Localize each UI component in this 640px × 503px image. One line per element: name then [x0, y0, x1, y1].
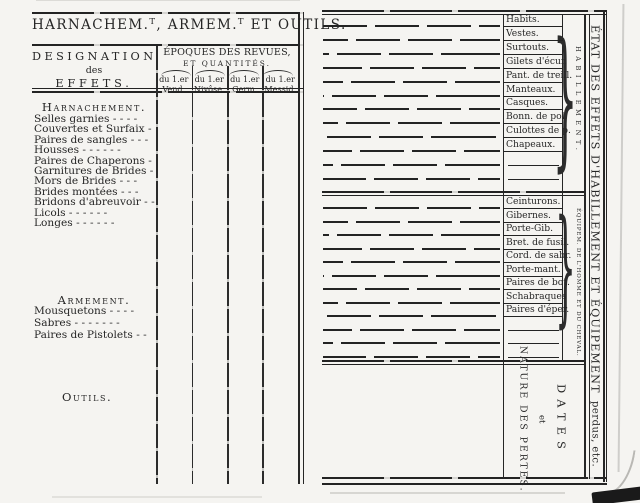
- item-label: Porte-mant.: [503, 264, 563, 277]
- designation-line3: EFFETS.: [32, 77, 156, 90]
- item-label: Bret. de fusil.: [503, 237, 563, 250]
- writing-line: [323, 356, 500, 358]
- et-label: et: [537, 415, 547, 423]
- left-page-title: HARNACHEM.T, ARMEM.T ET OUTILS.: [32, 17, 300, 33]
- right-page: } } HABILLEMENT. ÉQUIPEM. DE L'HOMME ET …: [322, 10, 607, 498]
- column-line2: Messid.: [263, 85, 299, 95]
- dates-pertes-box: DATES et NATURE DES PERTES.: [505, 366, 581, 472]
- right-bottom-rule-inner: [322, 483, 607, 485]
- bottom-smudge-right: [330, 492, 565, 494]
- top-smudge: [36, 0, 300, 1]
- side-title: ÉTAT DES EFFETS D'HABILLEMENT ET ÉQUIPEM…: [588, 18, 602, 474]
- item-label: Surtouts.: [503, 42, 563, 55]
- item-label: Chapeaux.: [503, 139, 563, 152]
- epoques-header: ÉPOQUES DES REVUES, ET QUANTITÉS. du 1.e…: [156, 47, 298, 94]
- effect-item: Mousquetons - - - -: [34, 305, 155, 317]
- left-designation-divider: [156, 46, 158, 484]
- writing-line: [323, 288, 500, 290]
- designation-line1: DESIGNATION: [32, 50, 156, 63]
- writing-line: [323, 39, 500, 41]
- writing-line: [323, 164, 500, 166]
- item-label: Casques.: [503, 97, 563, 110]
- item-label: Vestes.: [503, 28, 563, 41]
- blank-label-cell: [508, 345, 559, 358]
- equipement-caption: ÉQUIPEM. DE L'HOMME ET DU CHEVAL.: [572, 202, 584, 362]
- section-header: Outils.: [34, 390, 182, 404]
- writing-line: [323, 95, 500, 97]
- blank-label-cell: [508, 153, 559, 166]
- review-column-vendemiaire: du 1.er Vend.: [156, 75, 192, 94]
- writing-line: [323, 342, 500, 344]
- writing-line: [323, 67, 500, 69]
- item-label: Culottes de p.: [503, 125, 563, 138]
- writing-line: [323, 136, 500, 138]
- item-label: Cord. de sabr.: [503, 250, 563, 263]
- nature-des-pertes-label: NATURE DES PERTES.: [518, 346, 529, 493]
- column-line2: Germ.: [227, 85, 263, 95]
- dates-label: DATES: [555, 384, 569, 455]
- writing-line: [323, 122, 500, 124]
- section-divider-1: [322, 191, 584, 193]
- left-col-divider-2: [227, 66, 229, 484]
- writing-line: [323, 302, 500, 304]
- item-label: Porte-Gib.: [503, 223, 563, 236]
- item-label: Paires de bot.: [503, 277, 563, 290]
- writing-line: [323, 221, 500, 223]
- review-column-nivose: du 1.er Nivôse.: [192, 75, 228, 94]
- writing-line: [323, 248, 500, 250]
- right-border-outer: [603, 10, 605, 482]
- item-label: Schabraques: [503, 291, 563, 304]
- blank-label-cell: [508, 167, 559, 180]
- side-title-main: ÉTAT DES EFFETS D'HABILLEMENT ET ÉQUIPEM…: [589, 25, 602, 394]
- side-title-text: ÉTAT DES EFFETS D'HABILLEMENT ET ÉQUIPEM…: [589, 25, 602, 467]
- blank-label-cell: [508, 318, 559, 331]
- column-line2: Nivôse.: [192, 85, 228, 95]
- writing-line: [323, 81, 500, 83]
- effect-item: Paires de Pistolets - -: [34, 329, 155, 341]
- habillement-caption-text: HABILLEMENT.: [574, 46, 582, 154]
- writing-line: [323, 315, 500, 317]
- right-border-inner: [606, 10, 607, 482]
- section-divider-2: [322, 360, 584, 362]
- bottom-smudge-left: [52, 496, 262, 498]
- item-label: Paires d'éper.: [503, 304, 563, 317]
- effect-item: Sabres - - - - - - -: [34, 317, 155, 329]
- writing-line: [323, 207, 500, 209]
- writing-line: [323, 150, 500, 152]
- habillement-caption: HABILLEMENT.: [572, 24, 584, 176]
- scanned-document: HARNACHEM.T, ARMEM.T ET OUTILS. DESIGNAT…: [0, 0, 640, 503]
- item-label: Ceinturons.: [503, 196, 563, 209]
- writing-line: [323, 178, 500, 180]
- blank-label-cell: [508, 331, 559, 344]
- writing-line: [323, 25, 500, 27]
- page-edge-line: [618, 4, 624, 472]
- left-page: HARNACHEM.T, ARMEM.T ET OUTILS. DESIGNAT…: [32, 10, 304, 498]
- left-under-title-rule: [32, 44, 304, 46]
- writing-line: [323, 329, 500, 331]
- item-label: Bonn. de pol.: [503, 111, 563, 124]
- caption-divider-outer: [584, 14, 586, 479]
- item-label: Gilets d'écur.: [503, 56, 563, 69]
- writing-line: [323, 108, 500, 110]
- writing-line: [323, 261, 500, 263]
- writing-line: [323, 234, 500, 236]
- item-label: Manteaux.: [503, 84, 563, 97]
- right-bottom-rule: [322, 477, 607, 479]
- designation-line2: des: [32, 65, 156, 76]
- title-part: , ARMEM.: [156, 17, 238, 33]
- review-columns: du 1.er Vend. du 1.er Nivôse. du 1.er Ge…: [156, 75, 298, 94]
- left-col-divider-3: [262, 66, 264, 484]
- left-right-border-inner: [303, 12, 304, 484]
- epoques-line2: ET QUANTITÉS.: [156, 59, 298, 68]
- designation-header: DESIGNATION des EFFETS.: [32, 50, 156, 90]
- writing-line: [323, 53, 500, 55]
- side-title-suffix: perdus, etc.: [590, 401, 601, 467]
- equipement-caption-text: ÉQUIPEM. DE L'HOMME ET DU CHEVAL.: [575, 208, 581, 357]
- item-label: Gibernes.: [503, 210, 563, 223]
- title-part: HARNACHEM.: [32, 17, 149, 33]
- title-superscript: T: [238, 17, 245, 27]
- item-label: Pant. de treill.: [503, 70, 563, 83]
- left-top-rule: [32, 12, 304, 14]
- review-column-messidor: du 1.er Messid.: [263, 75, 299, 94]
- effect-item: Longes - - - - - -: [34, 217, 155, 229]
- epoques-line1: ÉPOQUES DES REVUES,: [156, 47, 298, 58]
- writing-line: [323, 275, 500, 277]
- section-divider-2-inner: [322, 364, 584, 365]
- item-label: Habits.: [503, 14, 563, 27]
- left-col-divider-1: [192, 66, 194, 484]
- column-line2: Vend.: [156, 85, 192, 95]
- review-column-germinal: du 1.er Germ.: [227, 75, 263, 94]
- section-header: Harnachement.: [34, 100, 154, 114]
